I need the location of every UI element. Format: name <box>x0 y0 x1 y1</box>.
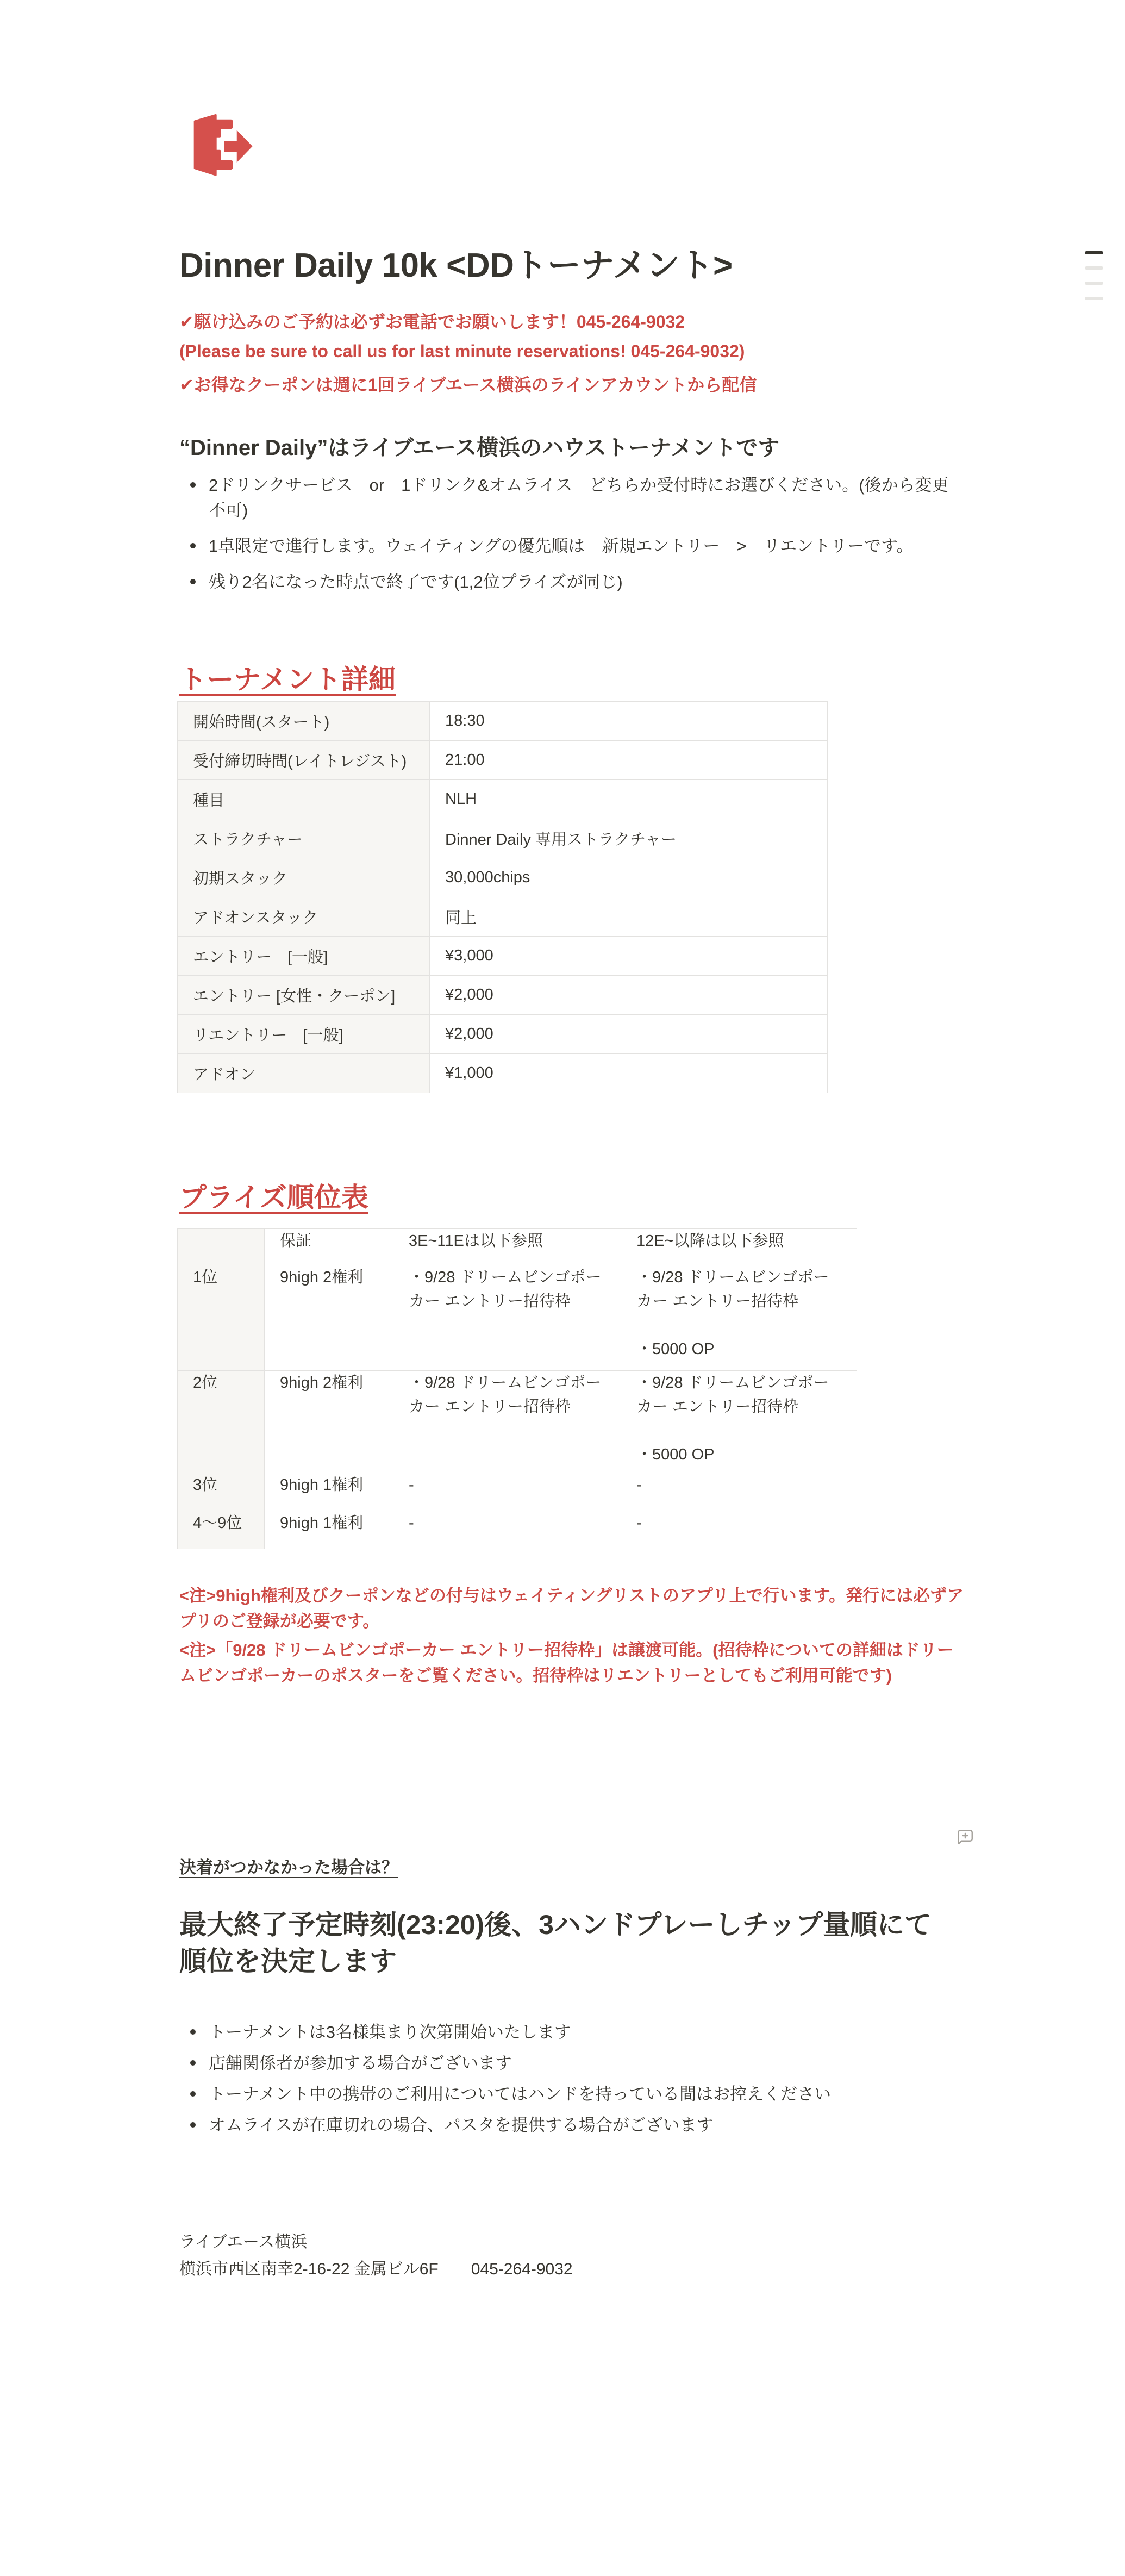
detail-label: リエントリー [一般] <box>178 1015 430 1054</box>
prize-late-entry: - <box>621 1511 857 1549</box>
prizes-heading: プライズ順位表 <box>179 1176 832 1215</box>
add-comment-button[interactable] <box>955 1827 975 1847</box>
detail-value: NLH <box>430 780 828 819</box>
list-item: 店舗関係者が参加する場合がございます <box>179 2051 962 2076</box>
detail-label: 種目 <box>178 780 430 819</box>
detail-label: 初期スタック <box>178 858 430 897</box>
detail-label: アドオンスタック <box>178 897 430 937</box>
prize-rank: 4〜9位 <box>178 1511 265 1549</box>
outline-bar-active[interactable] <box>1085 251 1103 254</box>
list-item: トーナメント中の携帯のご利用についてはハンドを持っている間はお控えください <box>179 2082 962 2107</box>
detail-value: 30,000chips <box>430 858 828 897</box>
exit-door-icon <box>181 109 253 185</box>
list-item: 残り2名になった時点で終了です(1,2位プライズが同じ) <box>179 570 962 595</box>
column-header: 3E~11Eは以下参照 <box>393 1229 621 1265</box>
intro-heading: “Dinner Daily”はライブエース横浜のハウストーナメントです <box>179 431 973 461</box>
detail-value: ¥2,000 <box>430 976 828 1015</box>
prize-guarantee: 9high 2権利 <box>265 1371 393 1473</box>
list-item: 1卓限定で進行します。ウェイティングの優先順は 新規エントリー > リエントリー… <box>179 534 962 559</box>
table-row: アドオン ¥1,000 <box>178 1054 828 1093</box>
venue-name: ライブエース横浜 <box>179 2229 940 2256</box>
table-row: 2位 9high 2権利 ・9/28 ドリームビンゴポーカー エントリー招待枠 … <box>178 1371 857 1473</box>
add-comment-icon <box>955 1827 975 1847</box>
detail-label: エントリー [一般] <box>178 937 430 976</box>
table-header-row: 保証 3E~11Eは以下参照 12E~以降は以下参照 <box>178 1229 857 1265</box>
table-row: 受付締切時間(レイトレジスト) 21:00 <box>178 741 828 780</box>
outline-bar[interactable] <box>1085 282 1103 285</box>
column-header: 12E~以降は以下参照 <box>621 1229 857 1265</box>
detail-label: 受付締切時間(レイトレジスト) <box>178 741 430 780</box>
alert-phone-reservation-en: (Please be sure to call us for last minu… <box>179 340 984 362</box>
table-row: 3位 9high 1権利 - - <box>178 1473 857 1511</box>
table-row: ストラクチャー Dinner Daily 専用ストラクチャー <box>178 819 828 858</box>
tournament-details-table: 開始時間(スタート) 18:30 受付締切時間(レイトレジスト) 21:00 種… <box>177 701 828 1093</box>
list-item: トーナメントは3名様集まり次第開始いたします <box>179 2020 962 2045</box>
prize-guarantee: 9high 1権利 <box>265 1473 393 1511</box>
table-row: 1位 9high 2権利 ・9/28 ドリームビンゴポーカー エントリー招待枠 … <box>178 1265 857 1371</box>
prize-late-entry: ・9/28 ドリームビンゴポーカー エントリー招待枠 ・5000 OP <box>621 1265 857 1371</box>
alert-phone-reservation: ✔駆け込みのご予約は必ずお電話でお願いします！045-264-9032 <box>179 311 984 333</box>
detail-value: ¥2,000 <box>430 1015 828 1054</box>
prize-late-entry: - <box>621 1473 857 1511</box>
column-header: 保証 <box>265 1229 393 1265</box>
outline-bar[interactable] <box>1085 297 1103 300</box>
table-row: 4〜9位 9high 1権利 - - <box>178 1511 857 1549</box>
detail-label: ストラクチャー <box>178 819 430 858</box>
prize-early-entry: ・9/28 ドリームビンゴポーカー エントリー招待枠 <box>393 1265 621 1371</box>
detail-value: Dinner Daily 専用ストラクチャー <box>430 819 828 858</box>
note: <注>9high権利及びクーポンなどの付与はウェイティングリストのアプリ上で行い… <box>179 1583 968 1634</box>
list-item: オムライスが在庫切れの場合、パスタを提供する場合がございます <box>179 2113 962 2138</box>
prize-early-entry: - <box>393 1473 621 1511</box>
prize-ranking-table: 保証 3E~11Eは以下参照 12E~以降は以下参照 1位 9high 2権利 … <box>177 1228 857 1549</box>
alert-coupon-line: ✔お得なクーポンは週に1回ライブエース横浜のラインアカウントから配信 <box>179 374 984 396</box>
prize-guarantee: 9high 2権利 <box>265 1265 393 1371</box>
list-item: 2ドリンクサービス or 1ドリンク&オムライス どちらか受付時にお選びください… <box>179 473 962 523</box>
note: <注>「9/28 ドリームビンゴポーカー エントリー招待枠」は譲渡可能。(招待枠… <box>179 1637 968 1688</box>
detail-value: ¥3,000 <box>430 937 828 976</box>
detail-value: 21:00 <box>430 741 828 780</box>
prize-guarantee: 9high 1権利 <box>265 1511 393 1549</box>
page-title: Dinner Daily 10k <DDトーナメント> <box>179 238 995 286</box>
outline-bar[interactable] <box>1085 266 1103 270</box>
prize-late-entry: ・9/28 ドリームビンゴポーカー エントリー招待枠 ・5000 OP <box>621 1371 857 1473</box>
table-row: エントリー [一般] ¥3,000 <box>178 937 828 976</box>
prize-notes: <注>9high権利及びクーポンなどの付与はウェイティングリストのアプリ上で行い… <box>179 1583 968 1692</box>
detail-label: アドオン <box>178 1054 430 1093</box>
venue-address: 横浜市西区南幸2-16-22 金属ビル6F 045-264-9032 <box>179 2256 940 2283</box>
table-row: アドオンスタック 同上 <box>178 897 828 937</box>
detail-value: 18:30 <box>430 702 828 741</box>
column-header <box>178 1229 265 1265</box>
prize-early-entry: - <box>393 1511 621 1549</box>
table-row: リエントリー [一般] ¥2,000 <box>178 1015 828 1054</box>
page-outline-indicator[interactable] <box>1085 251 1104 300</box>
notion-page: Dinner Daily 10k <DDトーナメント> ✔駆け込みのご予約は必ず… <box>0 0 1125 2576</box>
detail-label: エントリー [女性・クーポン] <box>178 976 430 1015</box>
details-heading: トーナメント詳細 <box>179 658 832 697</box>
footer: ライブエース横浜 横浜市西区南幸2-16-22 金属ビル6F 045-264-9… <box>179 2229 940 2283</box>
page-icon[interactable] <box>181 109 253 188</box>
detail-label: 開始時間(スタート) <box>178 702 430 741</box>
detail-value: ¥1,000 <box>430 1054 828 1093</box>
prize-early-entry: ・9/28 ドリームビンゴポーカー エントリー招待枠 <box>393 1371 621 1473</box>
table-row: エントリー [女性・クーポン] ¥2,000 <box>178 976 828 1015</box>
detail-value: 同上 <box>430 897 828 937</box>
tiebreak-question: 決着がつかなかった場合は？ <box>179 1854 723 1878</box>
prize-rank: 3位 <box>178 1473 265 1511</box>
rules-bullet-list: トーナメントは3名様集まり次第開始いたします 店舗関係者が参加する場合がございま… <box>179 2020 962 2144</box>
table-row: 種目 NLH <box>178 780 828 819</box>
tiebreak-answer: 最大終了予定時刻(23:20)後、3ハンドプレーしチップ量順にて順位を決定します <box>179 1907 957 1980</box>
prize-rank: 1位 <box>178 1265 265 1371</box>
prize-rank: 2位 <box>178 1371 265 1473</box>
table-row: 初期スタック 30,000chips <box>178 858 828 897</box>
table-row: 開始時間(スタート) 18:30 <box>178 702 828 741</box>
intro-bullet-list: 2ドリンクサービス or 1ドリンク&オムライス どちらか受付時にお選びください… <box>179 473 962 606</box>
